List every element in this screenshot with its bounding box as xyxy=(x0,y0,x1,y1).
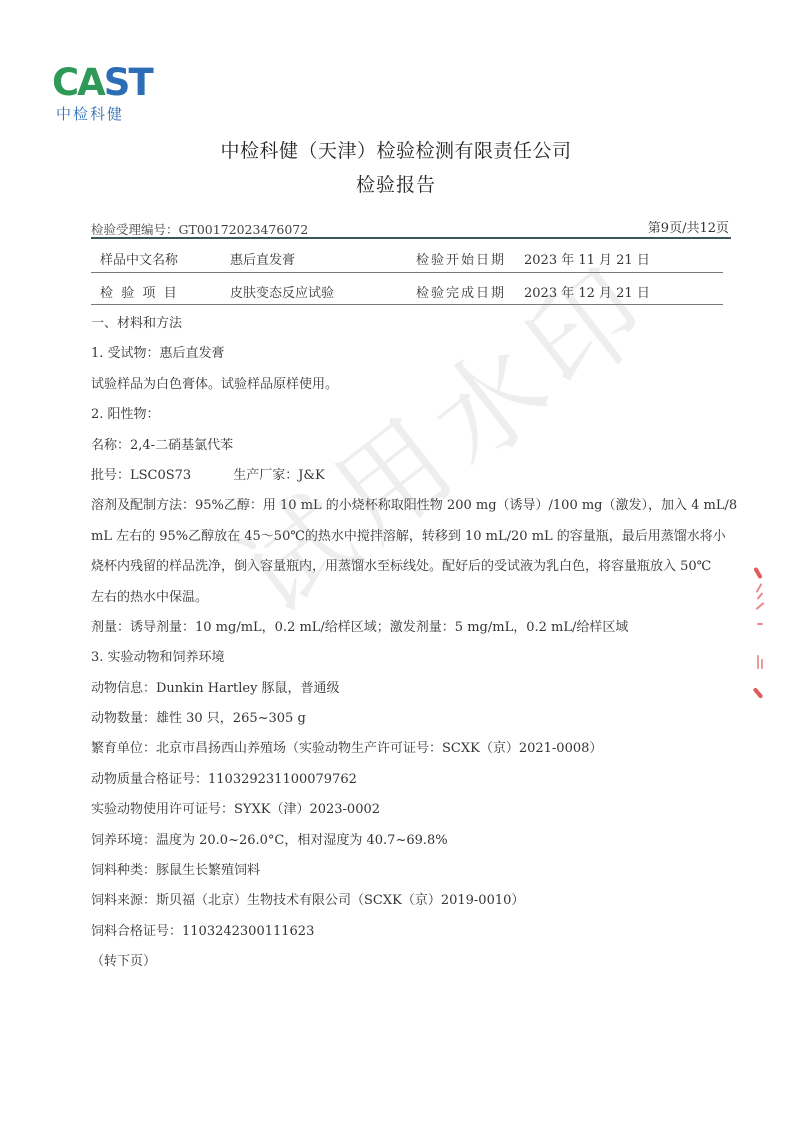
seal-mark xyxy=(753,687,764,699)
start-date-label: 检验开始日期 xyxy=(416,249,506,268)
seal-mark xyxy=(753,567,762,579)
seal-mark xyxy=(761,659,763,669)
report-body: 一、材料和方法 1. 受试物：惠后直发膏 试验样品为白色膏体。试验样品原样使用。… xyxy=(91,314,731,983)
sample-name-value: 惠后直发膏 xyxy=(230,249,295,268)
paragraph: 动物质量合格证号：110329231100079762 xyxy=(91,770,731,800)
report-title: 检验报告 xyxy=(0,170,792,197)
paragraph: 饲料种类：豚鼠生长繁殖饲料 xyxy=(91,861,731,891)
logo-letter-a: A xyxy=(77,66,104,100)
paragraph: mL 左右的 95%乙醇放在 45～50℃的热水中搅拌溶解，转移到 10 mL/… xyxy=(91,527,731,557)
company-name: 中检科健（天津）检验检测有限责任公司 xyxy=(0,136,792,163)
page-indicator: 第9页/共12页 xyxy=(648,217,729,236)
seal-mark xyxy=(756,602,765,610)
paragraph: 饲料合格证号：1103242300111623 xyxy=(91,922,731,952)
batch-line: 批号：LSC0S73生产厂家：J&K xyxy=(91,466,731,496)
paragraph: 左右的热水中保温。 xyxy=(91,588,731,618)
cast-logo: CAST 中检科健 xyxy=(52,66,152,124)
batch-number: 批号：LSC0S73 xyxy=(91,468,191,483)
info-row-sample: 样品中文名称 惠后直发膏 检验开始日期 2023 年 11 月 21 日 xyxy=(100,249,730,269)
paragraph: 动物数量：雄性 30 只，265~305 g xyxy=(91,709,731,739)
row-divider xyxy=(91,304,723,305)
paragraph: 剂量：诱导剂量：10 mg/mL，0.2 mL/给样区域；激发剂量：5 mg/m… xyxy=(91,618,731,648)
sample-name-label: 样品中文名称 xyxy=(100,249,178,268)
acceptance-number: 检验受理编号：GT00172023476072 xyxy=(91,220,308,238)
header-divider xyxy=(91,237,731,239)
paragraph: 实验动物使用许可证号：SYXK（津）2023-0002 xyxy=(91,800,731,830)
start-date-value: 2023 年 11 月 21 日 xyxy=(524,249,650,268)
seal-mark xyxy=(757,623,763,625)
paragraph: 试验样品为白色膏体。试验样品原样使用。 xyxy=(91,375,731,405)
end-date-label: 检验完成日期 xyxy=(416,282,506,301)
acceptance-row: 检验受理编号：GT00172023476072 第9页/共12页 xyxy=(91,220,729,238)
row-divider xyxy=(91,272,723,273)
logo-letter-c: C xyxy=(52,66,77,100)
acceptance-value: GT00172023476072 xyxy=(179,222,309,237)
seam-seal xyxy=(752,565,772,705)
logo-subtitle: 中检科健 xyxy=(52,103,152,124)
paragraph: 名称：2,4-二硝基氯代苯 xyxy=(91,436,731,466)
subsection-positive-substance: 2. 阳性物： xyxy=(91,405,731,435)
subsection-test-substance: 1. 受试物：惠后直发膏 xyxy=(91,344,731,374)
logo-letters-st: ST xyxy=(104,66,152,100)
test-item-value: 皮肤变态反应试验 xyxy=(230,282,334,301)
paragraph: 繁育单位：北京市昌扬西山养殖场（实验动物生产许可证号：SCXK（京）2021-0… xyxy=(91,739,731,769)
manufacturer: 生产厂家：J&K xyxy=(233,468,325,483)
section-heading: 一、材料和方法 xyxy=(91,314,731,344)
info-row-test-item: 检 验 项 目 皮肤变态反应试验 检验完成日期 2023 年 12 月 21 日 xyxy=(100,282,730,302)
paragraph: 溶剂及配制方法：95%乙醇：用 10 mL 的小烧杯称取阳性物 200 mg（诱… xyxy=(91,496,731,526)
logo-mark: CAST xyxy=(52,66,152,100)
seal-mark xyxy=(757,592,764,599)
continued-note: （转下页） xyxy=(91,952,731,982)
paragraph: 饲养环境：温度为 20.0~26.0°C，相对湿度为 40.7~69.8% xyxy=(91,831,731,861)
test-item-label: 检 验 项 目 xyxy=(100,282,177,301)
seal-mark xyxy=(757,655,759,669)
paragraph: 烧杯内残留的样品洗净，倒入容量瓶内，用蒸馏水至标线处。配好后的受试液为乳白色，将… xyxy=(91,557,731,587)
paragraph: 饲料来源：斯贝福（北京）生物技术有限公司（SCXK（京）2019-0010） xyxy=(91,891,731,921)
paragraph: 动物信息：Dunkin Hartley 豚鼠，普通级 xyxy=(91,679,731,709)
end-date-value: 2023 年 12 月 21 日 xyxy=(524,282,650,301)
acceptance-label: 检验受理编号： xyxy=(91,222,179,237)
subsection-animals: 3. 实验动物和饲养环境 xyxy=(91,648,731,678)
